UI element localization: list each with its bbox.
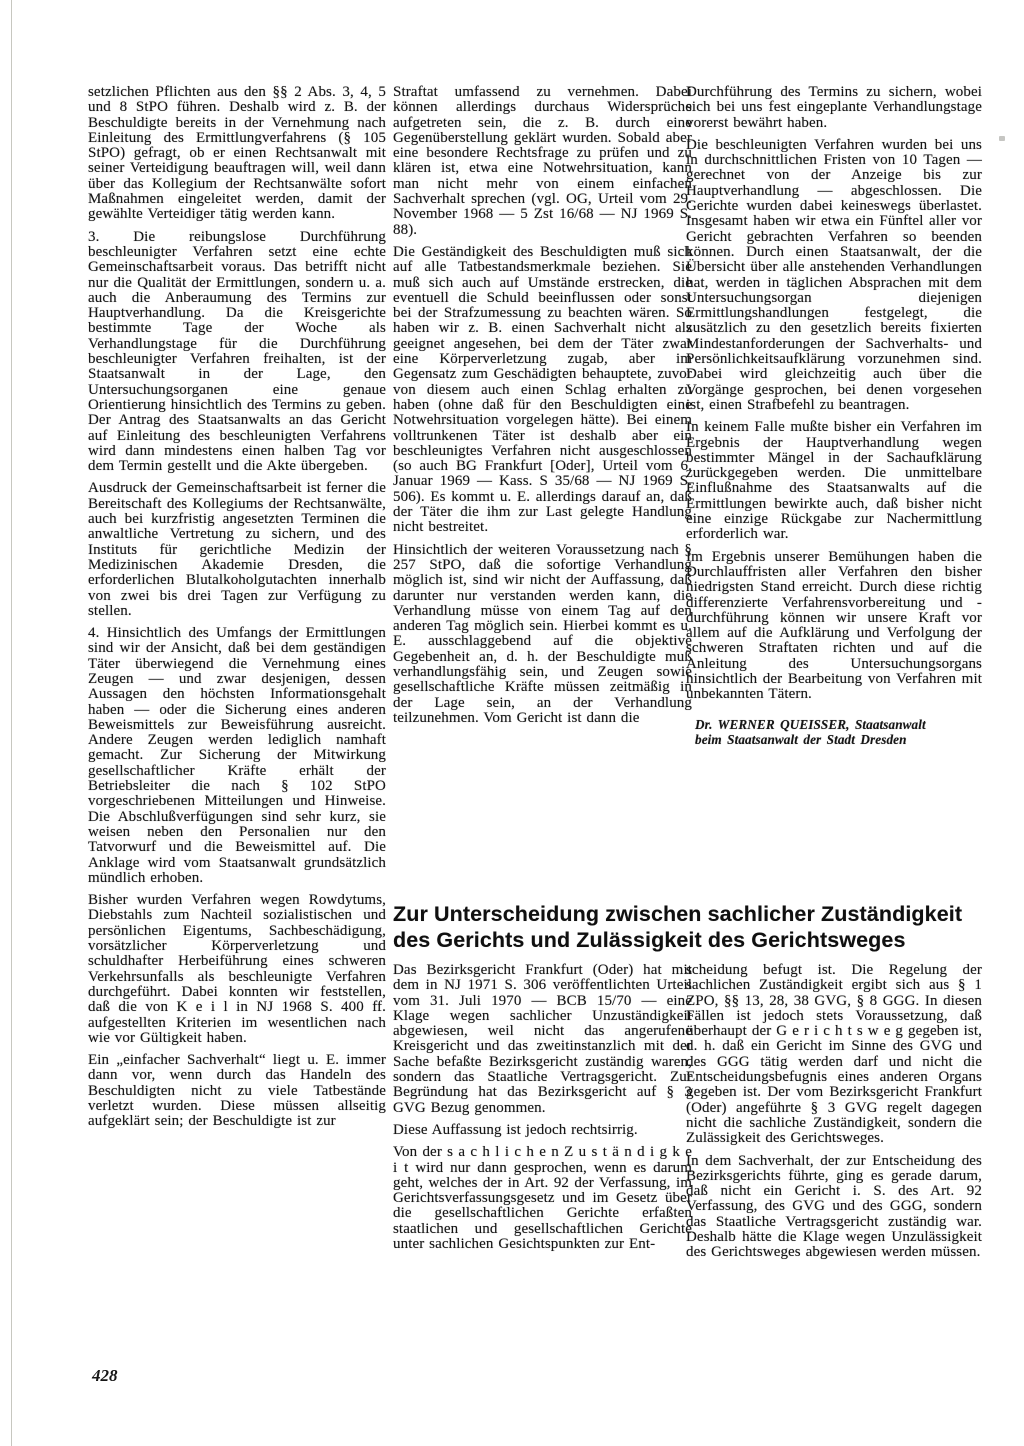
article1-column-right: Durchführung des Termins zu sichern, wob…	[686, 85, 982, 747]
paragraph: 3. Die reibungslose Durchführung beschle…	[88, 230, 386, 475]
scan-edge-line	[11, 0, 12, 1446]
paragraph: 4. Hinsichtlich des Umfangs der Ermittlu…	[88, 626, 386, 886]
paragraph: Straftat umfassend zu vernehmen. Dabei k…	[393, 85, 692, 238]
paragraph: In dem Sachverhalt, der zur Entscheidung…	[686, 1154, 982, 1261]
paragraph: Die Geständigkeit des Beschuldigten muß …	[393, 245, 692, 536]
paragraph: Ausdruck der Gemeinschaftsarbeit ist fer…	[88, 481, 386, 619]
paragraph: Im Ergebnis unserer Bemühungen haben die…	[686, 550, 982, 703]
article1-column-left: setzlichen Pflichten aus den §§ 2 Abs. 3…	[88, 85, 386, 1130]
paragraph: Hinsichtlich der weiteren Voraussetzung …	[393, 543, 692, 727]
paragraph: Von der s a c h l i c h e n Z u s t ä n …	[393, 1145, 692, 1252]
paragraph: Bisher wurden Verfahren wegen Rowdytums,…	[88, 893, 386, 1046]
journal-page: setzlichen Pflichten aus den §§ 2 Abs. 3…	[0, 0, 1024, 1446]
author-signature: Dr. WERNER QUEISSER, Staatsanwalt beim S…	[686, 717, 982, 747]
paragraph: Das Bezirksgericht Frankfurt (Oder) hat …	[393, 963, 692, 1116]
article2-column-right: scheidung befugt ist. Die Regelung der s…	[686, 963, 982, 1261]
paragraph: Ein „einfacher Sachverhalt“ liegt u. E. …	[88, 1053, 386, 1129]
paragraph: Durchführung des Termins zu sichern, wob…	[686, 85, 982, 131]
paragraph: scheidung befugt ist. Die Regelung der s…	[686, 963, 982, 1147]
paragraph: Diese Auffassung ist jedoch rechtsirrig.	[393, 1123, 692, 1138]
scan-speckle	[999, 136, 1005, 141]
article2-column-left: Das Bezirksgericht Frankfurt (Oder) hat …	[393, 963, 692, 1252]
paragraph: In keinem Falle mußte bisher ein Verfahr…	[686, 420, 982, 542]
article1-column-middle: Straftat umfassend zu vernehmen. Dabei k…	[393, 85, 692, 726]
page-number: 428	[92, 1366, 118, 1386]
paragraph: Die beschleunigten Verfahren wurden bei …	[686, 138, 982, 413]
paragraph: setzlichen Pflichten aus den §§ 2 Abs. 3…	[88, 85, 386, 223]
article2-title: Zur Unterscheidung zwischen sachlicher Z…	[393, 901, 993, 953]
